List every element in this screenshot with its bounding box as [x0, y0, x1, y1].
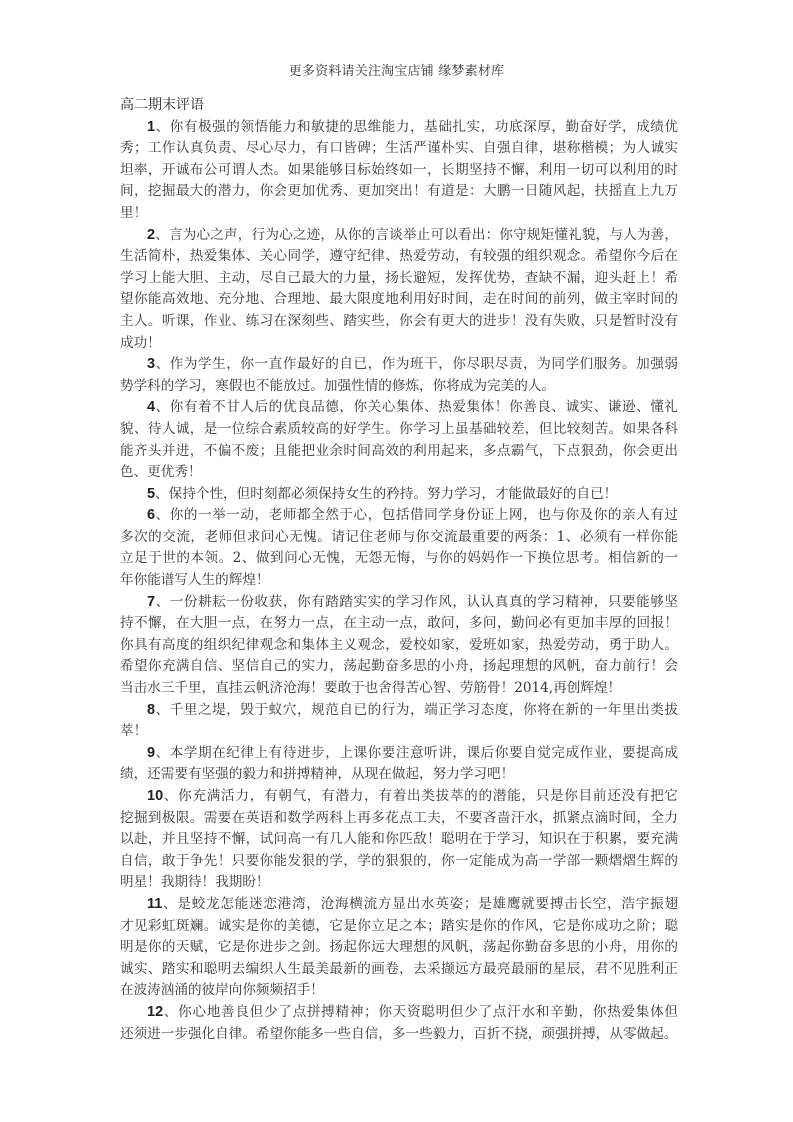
text-line: 9、本学期在纪律上有待进步，上课你要注意听讲，课后你要自觉完成作业，要提高成: [120, 743, 678, 765]
text-line: 里！: [120, 203, 678, 225]
text-line: 8、千里之堤，毁于蚁穴，规范自已的行为，端正学习态度，你将在新的一年里出类拔: [120, 700, 678, 722]
comment-paragraph: 4、你有着不甘人后的优良品德，你关心集体、热爱集体！你善良、诚实、谦逊、懂礼貌、…: [120, 397, 678, 483]
text-line: 年你能谱写人生的辉煌！: [120, 570, 678, 592]
text-line: 坦率，开诚布公可谓人杰。如果能够目标始终如一，长期坚持不懈，利用一切可以利用的时: [120, 160, 678, 182]
comment-paragraph: 2、言为心之声，行为心之迹，从你的言谈举止可以看出：你守规矩懂礼貌，与人为善，生…: [120, 225, 678, 355]
text-line: 5、保持个性，但时刻都必须保持女生的矜持。努力学习，才能做最好的自已！: [120, 484, 678, 506]
line-text: 萃！: [120, 723, 147, 739]
text-line: 生活简朴，热爱集体、关心同学，遵守纪律、热爱劳动，有较强的组织观念。希望你今后在: [120, 246, 678, 268]
text-line: 间，挖掘最大的潜力，你会更加优秀、更加突出！有道是：大鹏一日随风起，扶摇直上九万: [120, 181, 678, 203]
text-line: 萃！: [120, 721, 678, 743]
text-line: 明是你的天赋，它是你进步之剑。扬起你远大理想的风帆，荡起你勤奋多思的小舟，用你的: [120, 937, 678, 959]
text-line: 多次的交流，老师但求问心无愧。请记住老师与你交流最重要的两条：1、必须有一样你能: [120, 527, 678, 549]
line-text: 立足于世的本领。2、做到问心无愧，无怨无悔，与你的妈妈作一下换位思考。相信新的一: [120, 550, 678, 566]
paragraph-number: 11: [147, 896, 162, 912]
text-line: 势学科的学习，寒假也不能放过。加强性情的修炼，你将成为完美的人。: [120, 376, 678, 398]
text-line: 持不懈，在大胆一点，在努力一点，在主动一点，敢问，多问，勤问必有更加丰厚的回报！: [120, 613, 678, 635]
text-line: 在波涛汹涌的彼岸向你频频招手！: [120, 980, 678, 1002]
text-line: 绩，还需要有坚强的毅力和拼搏精神，从现在做起，努力学习吧！: [120, 764, 678, 786]
comment-paragraph: 3、作为学生，你一直作最好的自已，作为班干，你尽职尽责，为同学们服务。加强弱势学…: [120, 354, 678, 397]
paragraph-number: 3: [147, 356, 155, 372]
line-text: 、你心地善良但少了点拼搏精神；你天资聪明但少了点汗水和辛勤，你热爱集体但: [163, 1004, 678, 1020]
line-text: 、你有着不甘人后的优良品德，你关心集体、热爱集体！你善良、诚实、谦逊、懂礼: [155, 399, 678, 415]
text-line: 11、是蛟龙怎能迷恋港湾，沧海横流方显出水英姿；是雄鹰就要搏击长空，浩宇振翅: [120, 894, 678, 916]
text-line: 望你能高效地、充分地、合理地、最大限度地利用好时间，走在时间的前列，做主宰时间的: [120, 289, 678, 311]
line-text: 多次的交流，老师但求问心无愧。请记住老师与你交流最重要的两条：1、必须有一样你能: [120, 529, 678, 545]
text-line: 1、你有极强的领悟能力和敏捷的思维能力，基础扎实，功底深厚，勤奋好学，成绩优: [120, 117, 678, 139]
text-line: 3、作为学生，你一直作最好的自已，作为班干，你尽职尽责，为同学们服务。加强弱: [120, 354, 678, 376]
line-text: 年你能谱写人生的辉煌！: [120, 572, 270, 588]
document-body: 高二期末评语 1、你有极强的领悟能力和敏捷的思维能力，基础扎实，功底深厚，勤奋好…: [120, 95, 678, 1045]
paragraph-number: 6: [147, 507, 155, 523]
text-line: 明星！我期待！我期盼！: [120, 872, 678, 894]
text-line: 立足于世的本领。2、做到问心无愧，无怨无悔，与你的妈妈作一下换位思考。相信新的一: [120, 548, 678, 570]
line-text: 成功！: [120, 335, 161, 351]
line-text: 、作为学生，你一直作最好的自已，作为班干，你尽职尽责，为同学们服务。加强弱: [155, 356, 678, 372]
line-text: 望你能高效地、充分地、合理地、最大限度地利用好时间，走在时间的前列，做主宰时间的: [120, 291, 678, 307]
text-line: 能齐头并进，不偏不废；且能把业余时间高效的利用起来，多点霸气，下点狠劲，你会更出: [120, 441, 678, 463]
text-line: 还须进一步强化自律。希望你能多一些自信，多一些毅力，百折不挠，顽强拼搏，从零做起…: [120, 1024, 678, 1046]
line-text: 坦率，开诚布公可谓人杰。如果能够目标始终如一，长期坚持不懈，利用一切可以利用的时: [120, 162, 678, 178]
comment-paragraph: 12、你心地善良但少了点拼搏精神；你天资聪明但少了点汗水和辛勤，你热爱集体但还须…: [120, 1002, 678, 1045]
line-text: 生活简朴，热爱集体、关心同学，遵守纪律、热爱劳动，有较强的组织观念。希望你今后在: [120, 248, 678, 264]
line-text: 挖掘到极限。需要在英语和数学两科上再多花点工夫，不要吝啬汗水，抓紧点滴时间，全力: [120, 810, 678, 826]
text-line: 希望你充满自信、坚信自己的实力，荡起勤奋多思的小舟，扬起理想的风帆，奋力前行！会: [120, 656, 678, 678]
line-text: 明是你的天赋，它是你进步之剑。扬起你远大理想的风帆，荡起你勤奋多思的小舟，用你的: [120, 939, 678, 955]
comment-paragraph: 6、你的一举一动，老师都全然于心，包括借同学身份证上网，也与你及你的亲人有过多次…: [120, 505, 678, 591]
text-line: 当击水三千里，直挂云帆济沧海！要敢于也舍得苦心智、劳筋骨！2014,再创辉煌！: [120, 678, 678, 700]
paragraph-number: 10: [147, 788, 163, 804]
line-text: 希望你充满自信、坚信自己的实力，荡起勤奋多思的小舟，扬起理想的风帆，奋力前行！会: [120, 658, 678, 674]
paragraph-number: 7: [147, 594, 155, 610]
line-text: 当击水三千里，直挂云帆济沧海！要敢于也舍得苦心智、劳筋骨！2014,再创辉煌！: [120, 680, 621, 696]
line-text: 还须进一步强化自律。希望你能多一些自信，多一些毅力，百折不挠，顽强拼搏，从零做起…: [120, 1026, 677, 1042]
text-line: 6、你的一举一动，老师都全然于心，包括借同学身份证上网，也与你及你的亲人有过: [120, 505, 678, 527]
line-text: 、你有极强的领悟能力和敏捷的思维能力，基础扎实，功底深厚，勤奋好学，成绩优: [155, 119, 678, 135]
line-text: 自信，敢于争先！只要你能发狠的学，学的狠狠的，你一定能成为高一学部一颗熠熠生辉的: [120, 853, 678, 869]
line-text: 才见彩虹斑斓。诚实是你的美德，它是你立足之本；踏实是你的作风，它是你成功之阶；聪: [120, 918, 678, 934]
line-text: 、保持个性，但时刻都必须保持女生的矜持。努力学习，才能做最好的自已！: [155, 486, 617, 502]
line-text: 里！: [120, 205, 147, 221]
comment-paragraph: 5、保持个性，但时刻都必须保持女生的矜持。努力学习，才能做最好的自已！: [120, 484, 678, 506]
paragraph-number: 4: [147, 399, 155, 415]
text-line: 2、言为心之声，行为心之迹，从你的言谈举止可以看出：你守规矩懂礼貌，与人为善，: [120, 225, 678, 247]
text-line: 10、你充满活力，有朝气，有潜力，有着出类拔萃的的潜能，只是你目前还没有把它: [120, 786, 678, 808]
line-text: 貌、待人诚，是一位综合素质较高的好学生。你学习上虽基础较差，但比较刻苦。如果各科: [120, 421, 678, 437]
paragraph-number: 8: [147, 702, 155, 718]
line-text: 、是蛟龙怎能迷恋港湾，沧海横流方显出水英姿；是雄鹰就要搏击长空，浩宇振翅: [162, 896, 678, 912]
paragraph-number: 5: [147, 486, 155, 502]
text-line: 秀；工作认真负责、尽心尽力，有口皆碑；生活严谨朴实、自强自律，堪称楷模；为人诚实: [120, 138, 678, 160]
line-text: 、你的一举一动，老师都全然于心，包括借同学身份证上网，也与你及你的亲人有过: [155, 507, 678, 523]
comment-paragraph: 8、千里之堤，毁于蚁穴，规范自已的行为，端正学习态度，你将在新的一年里出类拔萃！: [120, 700, 678, 743]
line-text: 、本学期在纪律上有待进步，上课你要注意听讲，课后你要自觉完成作业，要提高成: [155, 745, 678, 761]
paragraph-number: 1: [147, 119, 155, 135]
text-line: 成功！: [120, 333, 678, 355]
text-line: 12、你心地善良但少了点拼搏精神；你天资聪明但少了点汗水和辛勤，你热爱集体但: [120, 1002, 678, 1024]
text-line: 主人。听课，作业、练习在深刻些、踏实些，你会有更大的进步！没有失败，只是暂时没有: [120, 311, 678, 333]
text-line: 4、你有着不甘人后的优良品德，你关心集体、热爱集体！你善良、诚实、谦逊、懂礼: [120, 397, 678, 419]
text-line: 以赴，并且坚持不懈，试问高一有几人能和你匹敌！聪明在于学习，知识在于积累，要充满: [120, 829, 678, 851]
comment-paragraph: 9、本学期在纪律上有待进步，上课你要注意听讲，课后你要自觉完成作业，要提高成绩，…: [120, 743, 678, 786]
line-text: 主人。听课，作业、练习在深刻些、踏实些，你会有更大的进步！没有失败，只是暂时没有: [120, 313, 678, 329]
comment-paragraph: 7、一份耕耘一份收获，你有踏踏实实的学习作风，认认真真的学习精神，只要能够坚持不…: [120, 592, 678, 700]
line-text: 以赴，并且坚持不懈，试问高一有几人能和你匹敌！聪明在于学习，知识在于积累，要充满: [120, 831, 678, 847]
comment-paragraph: 11、是蛟龙怎能迷恋港湾，沧海横流方显出水英姿；是雄鹰就要搏击长空，浩宇振翅才见…: [120, 894, 678, 1002]
page-header: 更多资料请关注淘宝店铺 缘梦素材库: [0, 60, 793, 79]
line-text: 、一份耕耘一份收获，你有踏踏实实的学习作风，认认真真的学习精神，只要能够坚: [155, 594, 678, 610]
text-line: 学习上能大胆、主动，尽自己最大的力量，扬长避短，发挥优势，查缺不漏，迎头赶上！希: [120, 268, 678, 290]
line-text: 能齐头并进，不偏不废；且能把业余时间高效的利用起来，多点霸气，下点狠劲，你会更出: [120, 443, 678, 459]
comment-paragraph: 10、你充满活力，有朝气，有潜力，有着出类拔萃的的潜能，只是你目前还没有把它挖掘…: [120, 786, 678, 894]
paragraph-number: 2: [147, 227, 155, 243]
line-text: 绩，还需要有坚强的毅力和拼搏精神，从现在做起，努力学习吧！: [120, 766, 514, 782]
document-title: 高二期末评语: [120, 95, 678, 117]
text-line: 挖掘到极限。需要在英语和数学两科上再多花点工夫，不要吝啬汗水，抓紧点滴时间，全力: [120, 808, 678, 830]
line-text: 秀；工作认真负责、尽心尽力，有口皆碑；生活严谨朴实、自强自律，堪称楷模；为人诚实: [120, 140, 678, 156]
line-text: 持不懈，在大胆一点，在努力一点，在主动一点，敢问，多问，勤问必有更加丰厚的回报！: [120, 615, 678, 631]
text-line: 色、更优秀！: [120, 462, 678, 484]
comment-list: 1、你有极强的领悟能力和敏捷的思维能力，基础扎实，功底深厚，勤奋好学，成绩优秀；…: [120, 117, 678, 1046]
paragraph-number: 12: [147, 1004, 163, 1020]
text-line: 你具有高度的组织纪律观念和集体主义观念，爱校如家，爱班如家，热爱劳动，勇于助人。: [120, 635, 678, 657]
text-line: 自信，敢于争先！只要你能发狠的学，学的狠狠的，你一定能成为高一学部一颗熠熠生辉的: [120, 851, 678, 873]
line-text: 色、更优秀！: [120, 464, 202, 480]
comment-paragraph: 1、你有极强的领悟能力和敏捷的思维能力，基础扎实，功底深厚，勤奋好学，成绩优秀；…: [120, 117, 678, 225]
text-line: 7、一份耕耘一份收获，你有踏踏实实的学习作风，认认真真的学习精神，只要能够坚: [120, 592, 678, 614]
paragraph-number: 9: [147, 745, 155, 761]
line-text: 、言为心之声，行为心之迹，从你的言谈举止可以看出：你守规矩懂礼貌，与人为善，: [155, 227, 678, 243]
line-text: 诚实、踏实和聪明去编织人生最美最新的画卷，去采撷远方最亮最丽的星辰，君不见胜利正: [120, 961, 678, 977]
line-text: 间，挖掘最大的潜力，你会更加优秀、更加突出！有道是：大鹏一日随风起，扶摇直上九万: [120, 183, 678, 199]
line-text: 你具有高度的组织纪律观念和集体主义观念，爱校如家，爱班如家，热爱劳动，勇于助人。: [120, 637, 678, 653]
line-text: 、千里之堤，毁于蚁穴，规范自已的行为，端正学习态度，你将在新的一年里出类拔: [155, 702, 678, 718]
text-line: 貌、待人诚，是一位综合素质较高的好学生。你学习上虽基础较差，但比较刻苦。如果各科: [120, 419, 678, 441]
line-text: 明星！我期待！我期盼！: [120, 874, 270, 890]
text-line: 诚实、踏实和聪明去编织人生最美最新的画卷，去采撷远方最亮最丽的星辰，君不见胜利正: [120, 959, 678, 981]
line-text: 在波涛汹涌的彼岸向你频频招手！: [120, 982, 324, 998]
line-text: 学习上能大胆、主动，尽自己最大的力量，扬长避短，发挥优势，查缺不漏，迎头赶上！希: [120, 270, 678, 286]
line-text: 势学科的学习，寒假也不能放过。加强性情的修炼，你将成为完美的人。: [120, 378, 555, 394]
line-text: 、你充满活力，有朝气，有潜力，有着出类拔萃的的潜能，只是你目前还没有把它: [163, 788, 678, 804]
text-line: 才见彩虹斑斓。诚实是你的美德，它是你立足之本；踏实是你的作风，它是你成功之阶；聪: [120, 916, 678, 938]
